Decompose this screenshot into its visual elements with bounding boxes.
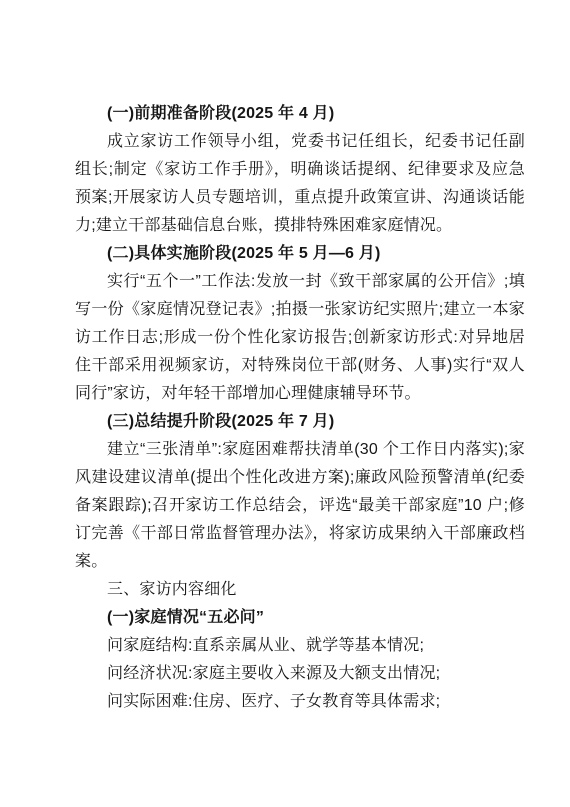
heading-section-three-visit-content: 三、家访内容细化 bbox=[75, 576, 525, 604]
para-stage-prep: 成立家访工作领导小组，党委书记任组长，纪委书记任副组长;制定《家访工作手册》，明… bbox=[75, 128, 525, 240]
document-page: (一)前期准备阶段(2025 年 4 月) 成立家访工作领导小组，党委书记任组长… bbox=[0, 0, 570, 807]
heading-five-must-ask: (一)家庭情况“五必问” bbox=[75, 604, 525, 632]
heading-stage-implementation: (二)具体实施阶段(2025 年 5 月—6 月) bbox=[75, 240, 525, 268]
para-question-actual-difficulties: 问实际困难:住房、医疗、子女教育等具体需求; bbox=[75, 688, 525, 716]
heading-stage-summary: (三)总结提升阶段(2025 年 7 月) bbox=[75, 408, 525, 436]
para-question-family-structure: 问家庭结构:直系亲属从业、就学等基本情况; bbox=[75, 632, 525, 660]
para-stage-summary: 建立“三张清单”:家庭困难帮扶清单(30 个工作日内落实);家风建设建议清单(提… bbox=[75, 436, 525, 576]
para-question-economic-status: 问经济状况:家庭主要收入来源及大额支出情况; bbox=[75, 660, 525, 688]
document-content: (一)前期准备阶段(2025 年 4 月) 成立家访工作领导小组，党委书记任组长… bbox=[75, 100, 525, 716]
heading-stage-prep: (一)前期准备阶段(2025 年 4 月) bbox=[75, 100, 525, 128]
para-stage-implementation: 实行“五个一”工作法:发放一封《致干部家属的公开信》;填写一份《家庭情况登记表》… bbox=[75, 268, 525, 408]
